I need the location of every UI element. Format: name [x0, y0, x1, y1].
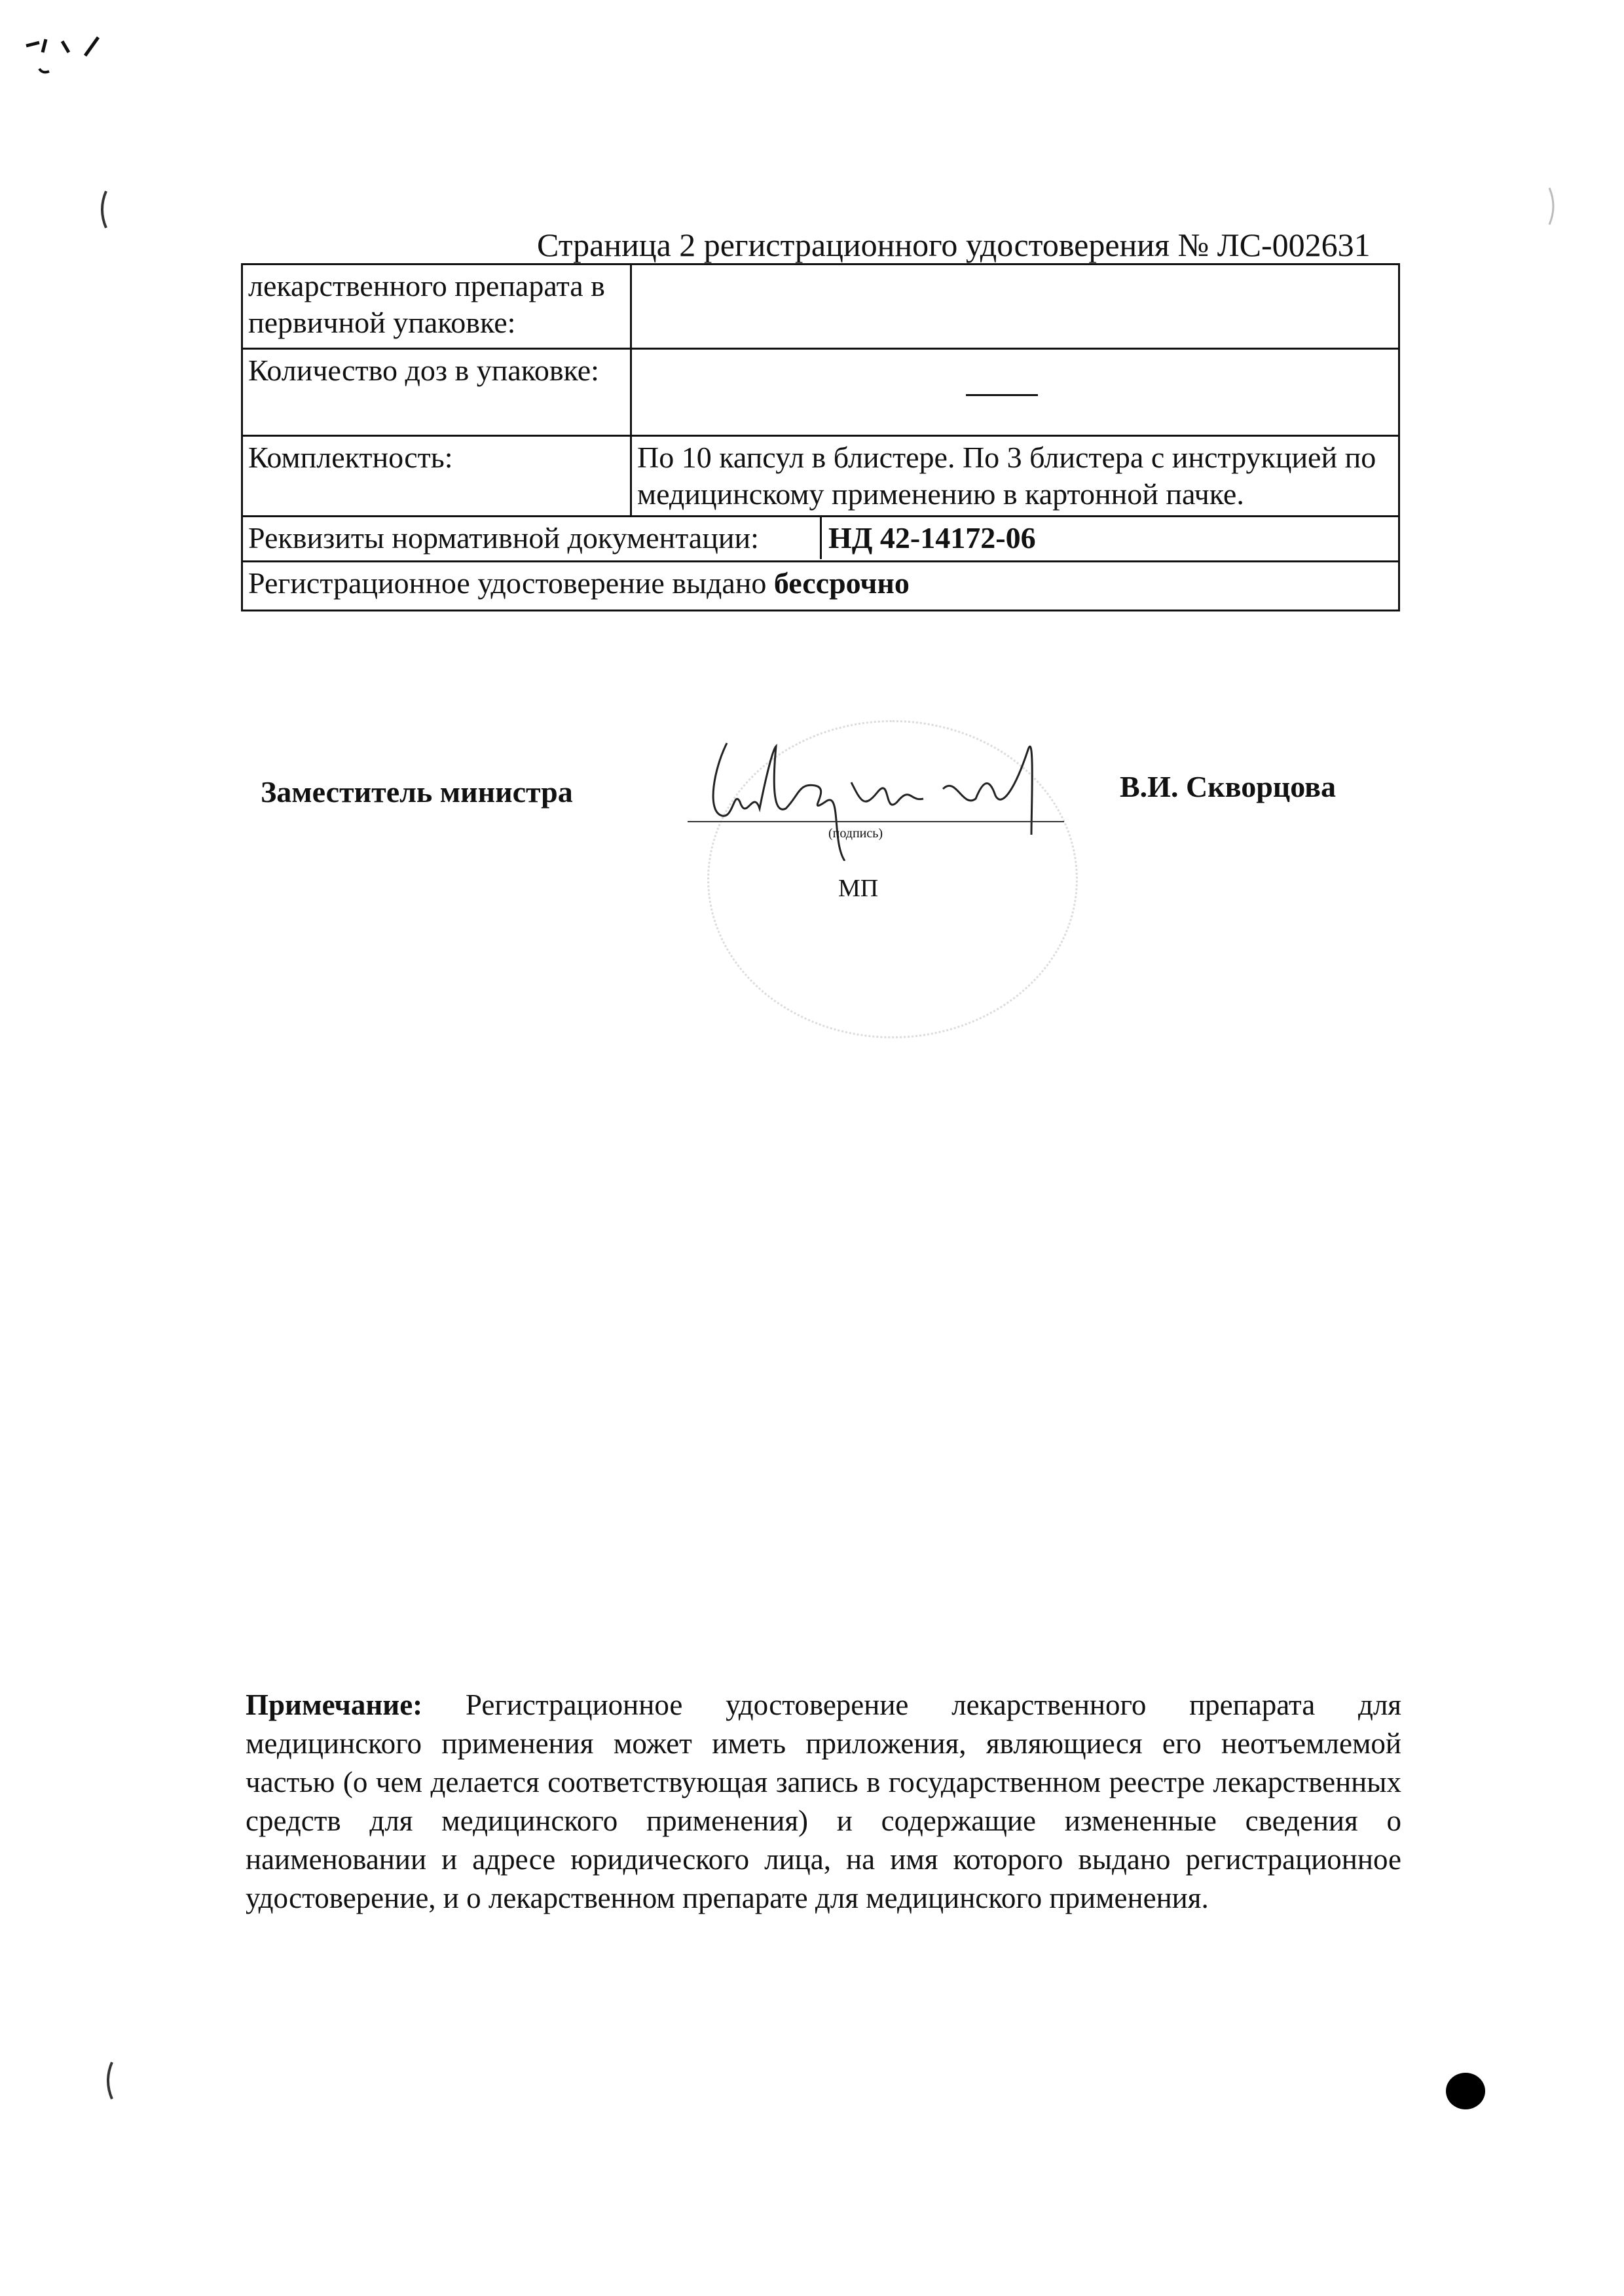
scan-mark-icon	[23, 29, 128, 75]
margin-bracket-icon	[1545, 187, 1560, 226]
row-label: Количество доз в упаковке:	[242, 349, 631, 436]
margin-bracket-icon	[103, 2061, 117, 2100]
row-validity: Регистрационное удостоверение выдано бес…	[242, 562, 1399, 611]
row-label: Реквизиты нормативной документации:	[243, 517, 822, 559]
page-header: Страница 2 регистрационного удостоверени…	[537, 226, 1371, 264]
note-text: Регистрационное удостоверение лекарствен…	[246, 1688, 1401, 1914]
row-label: Комплектность:	[242, 436, 631, 517]
signature-line	[688, 821, 1064, 822]
table-row: Количество доз в упаковке:	[242, 349, 1399, 436]
black-dot-mark	[1446, 2073, 1485, 2109]
registration-table: лекарственного препарата в первичной упа…	[241, 263, 1400, 611]
row-value	[631, 264, 1399, 349]
dash-placeholder	[966, 394, 1038, 396]
stamp-label: МП	[838, 874, 878, 903]
note-title: Примечание:	[246, 1688, 422, 1721]
validity-prefix: Регистрационное удостоверение выдано	[248, 566, 774, 600]
table-row: Регистрационное удостоверение выдано бес…	[242, 562, 1399, 611]
row-normative-docs: Реквизиты нормативной документации: НД 4…	[242, 517, 1399, 562]
signature-icon	[701, 710, 1080, 861]
validity-value: бессрочно	[774, 566, 910, 600]
signatory-name: В.И. Скворцова	[1120, 769, 1336, 804]
table-row: Реквизиты нормативной документации: НД 4…	[242, 517, 1399, 562]
signatory-position: Заместитель министра	[261, 774, 573, 809]
note-paragraph: Примечание: Регистрационное удостоверени…	[246, 1686, 1401, 1918]
table-row: лекарственного препарата в первичной упа…	[242, 264, 1399, 349]
signature-caption: (подпись)	[828, 826, 883, 841]
row-value	[631, 349, 1399, 436]
margin-bracket-icon	[97, 190, 111, 229]
row-value: По 10 капсул в блистере. По 3 блистера с…	[631, 436, 1399, 517]
row-value: НД 42-14172-06	[822, 520, 1036, 556]
row-label: лекарственного препарата в первичной упа…	[242, 264, 631, 349]
table-row: Комплектность: По 10 капсул в блистере. …	[242, 436, 1399, 517]
